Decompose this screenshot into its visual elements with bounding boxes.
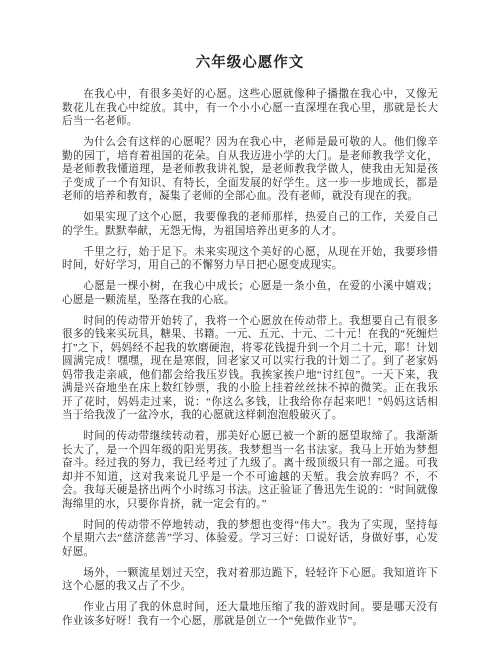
essay-paragraph: 作业占用了我的休息时间，还大量地压缩了我的游戏时间。要是哪天没有作业该多好呀！我… — [62, 601, 438, 628]
essay-paragraph: 如果实现了这个心愿，我要像我的老师那样，热爱自己的工作，关爱自己的学生。默默奉献… — [62, 211, 438, 238]
essay-paragraph: 心愿是一棵小树，在我心中成长；心愿是一条小鱼，在爱的小溪中嬉戏；心愿是一颗流星，… — [62, 280, 438, 307]
essay-paragraph: 时间的传动带开始转了，我将一个心愿放在传动带上。我想要自己有很多很多的钱来买玩具… — [62, 315, 438, 423]
essay-title: 六年级心愿作文 — [62, 56, 438, 71]
essay-paragraph: 时间的传动带不停地转动，我的梦想也变得“伟大”。我为了实现，坚持每个星期六去“慈… — [62, 519, 438, 560]
essay-paragraph: 为什么会有这样的心愿呢？因为在我心中，老师是最可敬的人。他们像辛勤的园丁，培育着… — [62, 136, 438, 204]
essay-paragraph: 千里之行，始于足下。未来实现这个美好的心愿，从现在开始，我要珍惜时间，好好学习，… — [62, 246, 438, 273]
document-page: 六年级心愿作文 在我心中，有很多美好的心愿。这些心愿就像种子播撒在我心中，又像无… — [0, 0, 500, 647]
essay-body: 在我心中，有很多美好的心愿。这些心愿就像种子播撒在我心中，又像无数花儿在我心中绽… — [62, 88, 438, 628]
essay-paragraph: 在我心中，有很多美好的心愿。这些心愿就像种子播撒在我心中，又像无数花儿在我心中绽… — [62, 88, 438, 129]
essay-paragraph: 时间的传动带继续转动着，那美好心愿已被一个新的愿望取缔了。我渐渐长大了，是一个四… — [62, 430, 438, 511]
essay-paragraph: 场外，一颗流星划过天空，我对着那边跪下，轻轻许下心愿。我知道许下这个心愿的我又占… — [62, 567, 438, 594]
